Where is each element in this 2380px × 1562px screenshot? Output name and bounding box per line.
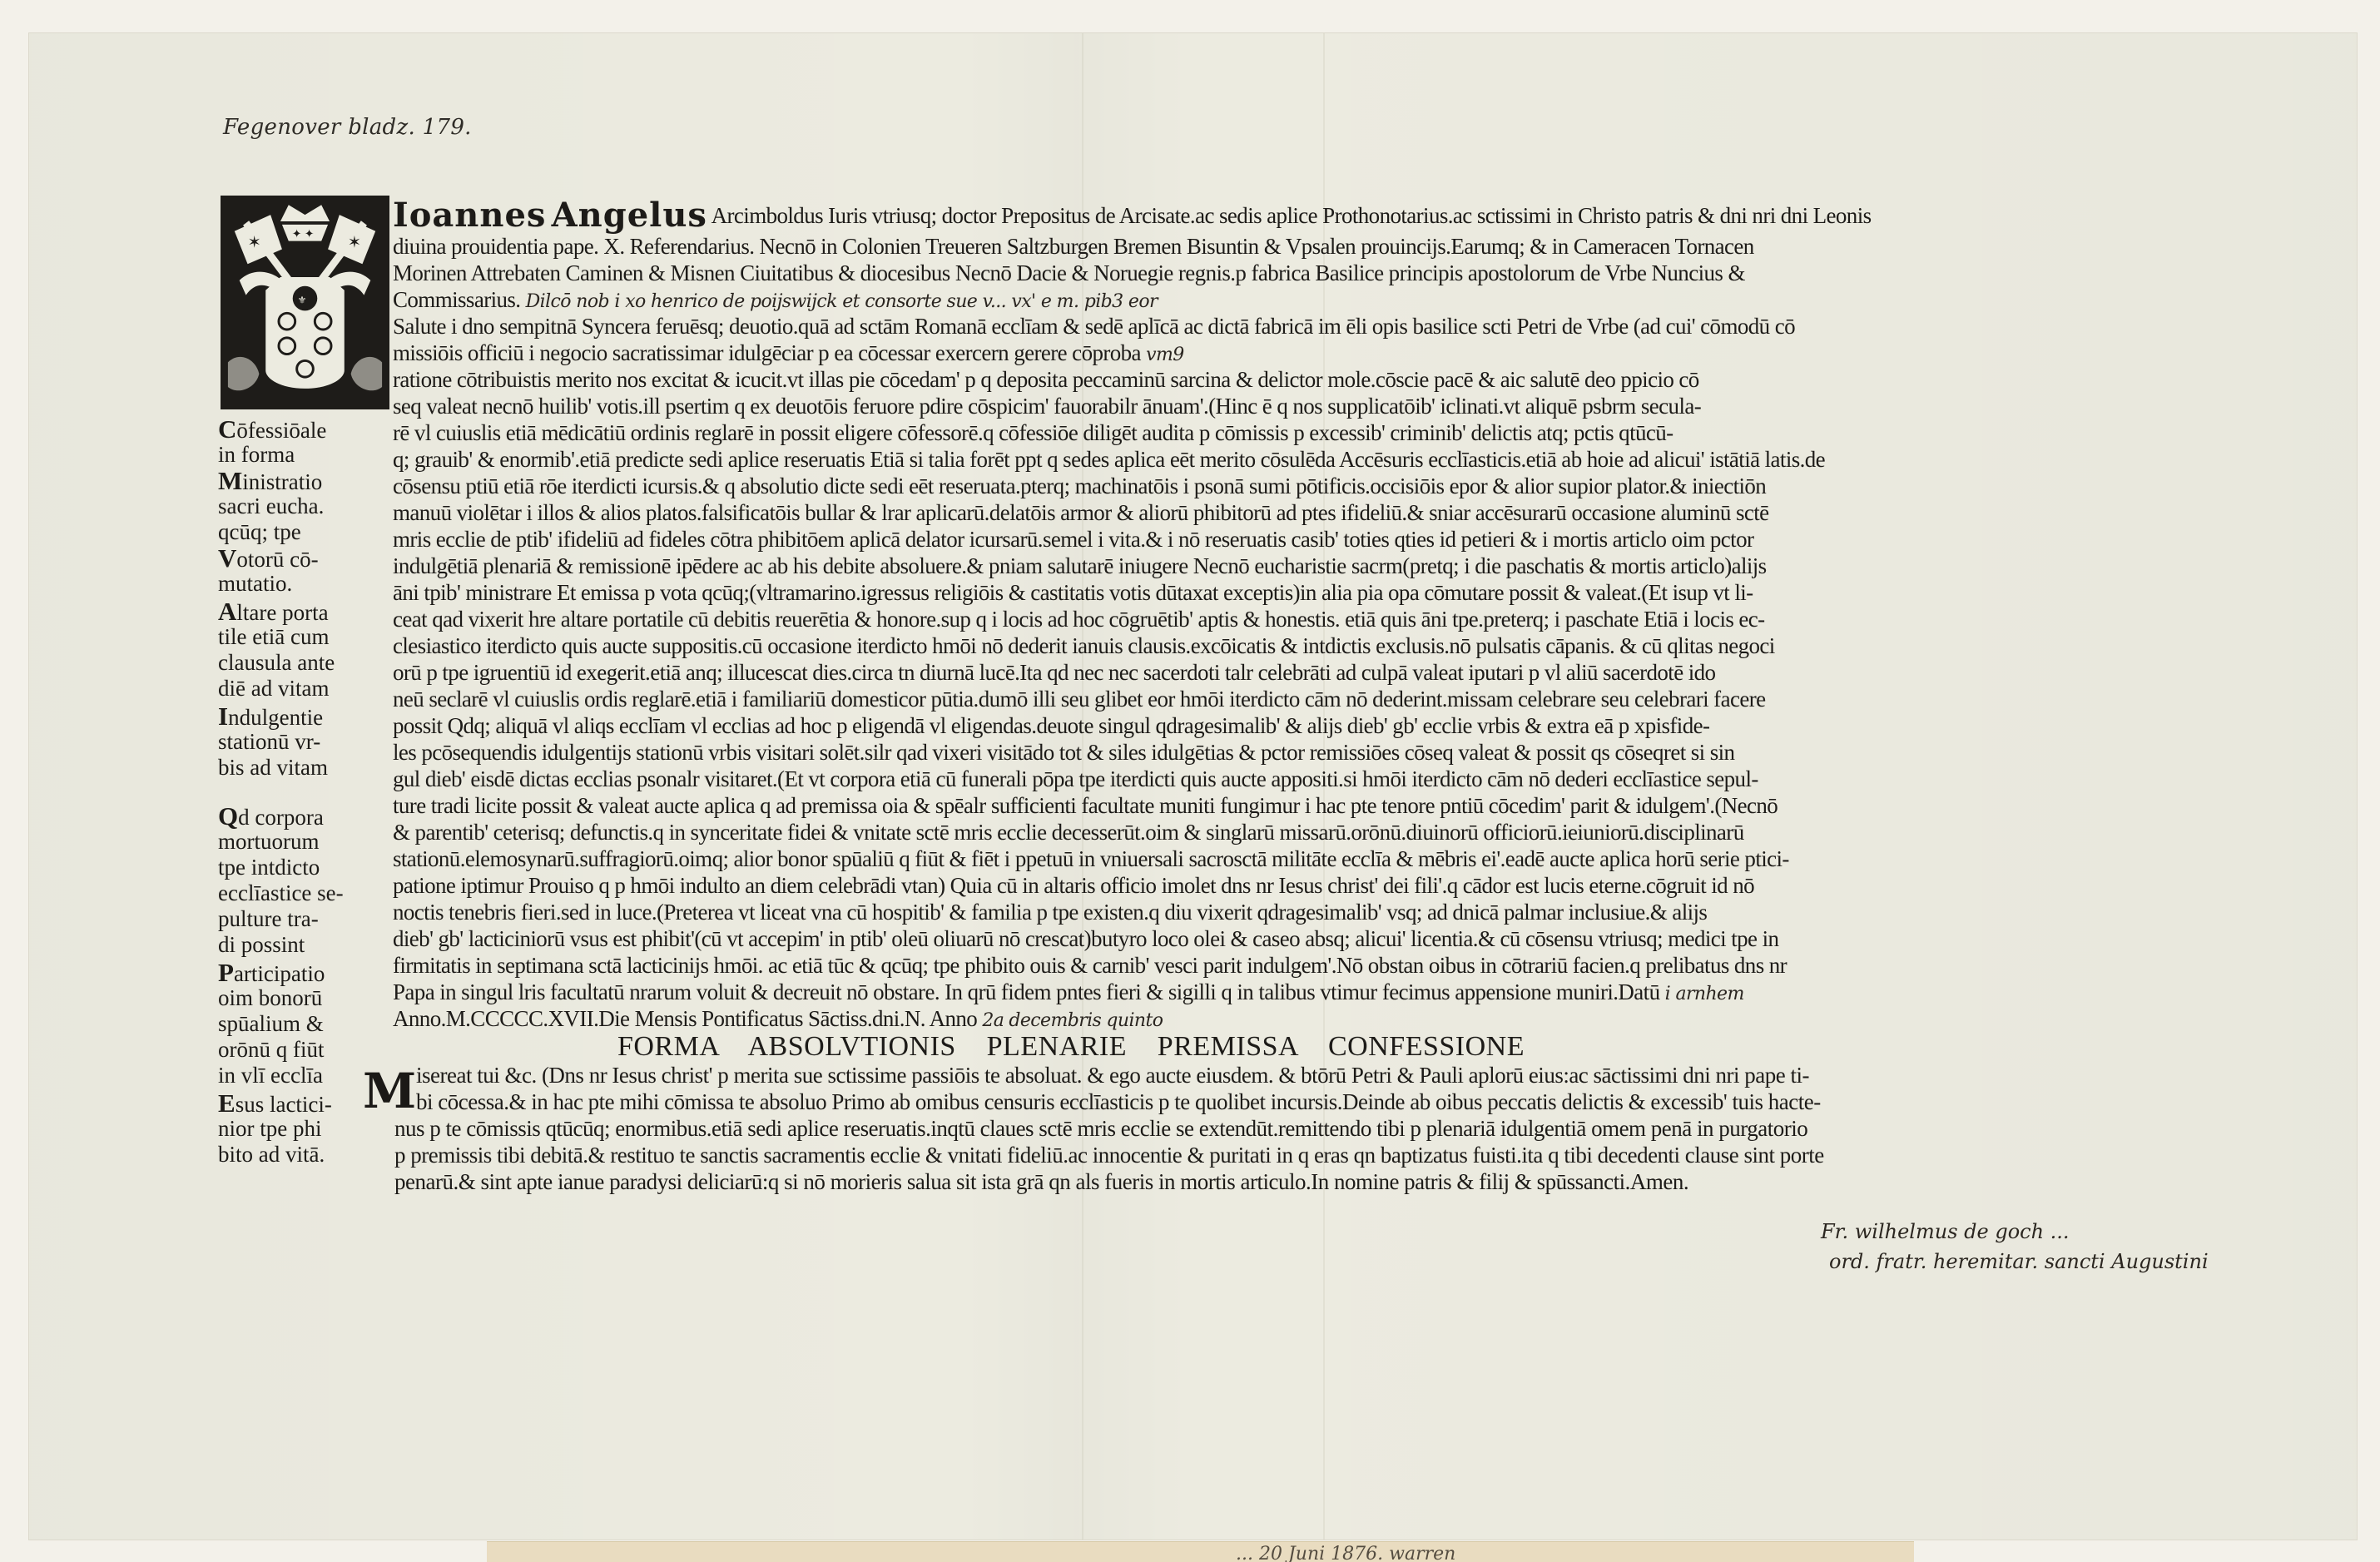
margin-note: mutatio. <box>218 571 391 597</box>
body-line-25: stationū.elemosynarū.suffragiorū.oimq; a… <box>393 845 2125 872</box>
body-line-31-date: Anno.M.CCCCC.XVII.Die Mensis Pontificatu… <box>393 1005 1366 1032</box>
body-line-30: Papa in singul lris facultatū nrarum vol… <box>393 979 1857 1005</box>
body-line-26: patione iptimur Prouiso q p hmōi indulto… <box>393 872 2125 899</box>
mount-strip-handwriting: ... 20 Juni 1876. warren <box>1236 1544 1455 1562</box>
margin-note: ecclīastice se- <box>218 880 391 906</box>
body-line-13: mris ecclie de ptib' ifideliū ad fideles… <box>393 526 2125 553</box>
margin-note: Ministratio <box>218 468 391 495</box>
margin-note: Cōfessiōale <box>218 416 391 444</box>
margin-note: Qd corpora <box>218 803 391 831</box>
body-line-22: gul dieb' eisdē dictas ecclias psonalr v… <box>393 766 2125 792</box>
body-line-7: ratione cōtribuistis merito nos excitat … <box>393 366 2125 393</box>
margin-note: tpe intdicto <box>218 855 391 880</box>
body-line-3: Morinen Attrebaten Caminen & Misnen Ciui… <box>393 260 2125 286</box>
decorated-initial-m: M <box>363 1067 416 1115</box>
margin-note: sacri eucha. <box>218 493 391 519</box>
handwritten-recipient: Dilcō nob i xo henrico de poijswijck et … <box>526 291 1158 312</box>
mount-strip: ... 20 Juni 1876. warren <box>487 1541 1914 1562</box>
body-text: missiōis officiū i negocio sacratissimar… <box>393 340 1141 365</box>
absolution-line: bi cōcessa.& in hac pte mihi cōmissa te … <box>416 1088 1964 1115</box>
title-name-ioannes: Ioannes <box>393 196 546 235</box>
body-line-12: manuū violētar i illos & alios platos.fa… <box>393 499 2125 526</box>
margin-note: spūalium & <box>218 1011 391 1037</box>
handwritten-pontificate-year: quinto <box>1106 1010 1163 1031</box>
svg-text:✶: ✶ <box>248 234 262 252</box>
margin-note: diē ad vitam <box>218 676 391 702</box>
body-line-6: missiōis officiū i negocio sacratissimar… <box>393 340 2125 366</box>
margin-note: Altare porta <box>218 598 391 626</box>
margin-note: orōnū q fiūt <box>218 1037 391 1063</box>
body-line-5: Salute i dno sempitnā Syncera feruēsq; d… <box>393 313 2125 340</box>
signature-line-1: Fr. wilhelmus de goch ... <box>1821 1220 2070 1243</box>
body-line-11: cōsensu ptiū etiā rōe iterdicti icursis.… <box>393 473 2125 499</box>
margin-note: qcūq; tpe <box>218 519 391 545</box>
body-line-14: indulgētiā plenariā & remissionē ipēdere… <box>393 553 2125 579</box>
svg-text:✦ ✦: ✦ ✦ <box>292 228 315 240</box>
title-name-angelus: Angelus <box>552 196 707 235</box>
body-text: Papa in singul lris facultatū nrarum vol… <box>393 979 1659 1004</box>
body-line-20: possit Qdq; aliquā vl aliqs ecclīam vl e… <box>393 712 2125 739</box>
absolution-line: p premissis tibi debitā.& restituo te sa… <box>394 1142 1964 1168</box>
handwritten-place: i arnhem <box>1665 984 1744 1004</box>
margin-note: in forma <box>218 442 391 468</box>
handwritten-insert: vm9 <box>1146 345 1184 365</box>
svg-text:⚜: ⚜ <box>298 294 307 305</box>
absolution-line: nus p te cōmissis qtūcūq; enormibus.etiā… <box>394 1115 1964 1142</box>
body-line-29: firmitatis in septimana sctā lacticinijs… <box>393 952 2125 979</box>
body-line-18: orū p tpe igruentiū id exegerit.etiā anq… <box>393 659 2125 686</box>
body-line-2: diuina prouidentia pape. X. Referendariu… <box>393 233 2125 260</box>
body-text: Anno.M.CCCCC.XVII.Die Mensis Pontificatu… <box>393 1006 977 1031</box>
body-line-28: dieb' gb' lacticiniorū vsus est phibit'(… <box>393 925 2125 952</box>
margin-note: mortuorum <box>218 829 391 855</box>
margin-note: oim bonorū <box>218 985 391 1011</box>
margin-note: di possint <box>218 932 391 958</box>
body-line-8: seq valeat necnō huilib' votis.ill psert… <box>393 393 2125 419</box>
body-line-24: & parentib' ceterisq; defunctis.q in syn… <box>393 819 2125 845</box>
margin-note: bis ad vitam <box>218 755 391 781</box>
body-line-9: rē vl cuiuslis etiā mēdicātiū ordinis re… <box>393 419 2125 446</box>
absolution-line: penarū.& sint apte ianue paradysi delici… <box>394 1168 1964 1195</box>
margin-note: Indulgentie <box>218 703 391 731</box>
body-line-10: q; grauib' & enormib'.etiā predicte sedi… <box>393 446 2125 473</box>
body-line-27: noctis tenebris fieri.sed in luce.(Prete… <box>393 899 2125 925</box>
body-text: Arcimboldus Iuris vtriusq; doctor Prepos… <box>712 203 1872 228</box>
body-text: Commissarius. <box>393 287 520 312</box>
signature-line-2: ord. fratr. heremitar. sancti Augustini <box>1821 1247 2209 1277</box>
handwritten-month: decembris <box>1009 1010 1101 1031</box>
body-line-17: clesiastico iterdicto quis aucte supposi… <box>393 632 2125 659</box>
body-line-15: āni tpib' ministrare Et emissa p vota qc… <box>393 579 2125 606</box>
margin-note: tile etiā cum <box>218 624 391 650</box>
body-line-4: Commissarius. Dilcō nob i xo henrico de … <box>393 286 2125 313</box>
handwritten-signature: Fr. wilhelmus de goch ... ord. fratr. he… <box>1821 1217 2209 1277</box>
margin-note: clausula ante <box>218 650 391 676</box>
handwritten-day: 2a <box>982 1010 1004 1031</box>
section-heading: FORMA ABSOLVTIONIS PLENARIE PREMISSA CON… <box>617 1032 1525 1062</box>
body-line-21: les pcōsequendis idulgentijs stationū vr… <box>393 739 2125 766</box>
medici-papal-arms-icon: ✶ ✶ ✦ ✦ ⚜ <box>221 196 389 409</box>
margin-note: Participatio <box>218 960 391 987</box>
body-line-1: Ioannes Angelus Arcimboldus Iuris vtrius… <box>393 198 2125 231</box>
margin-note: pulture tra- <box>218 906 391 932</box>
body-line-16: ceat qad vixerit hre altare portatile cū… <box>393 606 2125 632</box>
body-line-19: neū seclarē vl cuiuslis ordis reglarē.et… <box>393 686 2125 712</box>
margin-note: stationū vr- <box>218 729 391 755</box>
svg-text:✶: ✶ <box>348 234 362 252</box>
absolution-line: isereat tui &c. (Dns nr Iesus christ' p … <box>416 1062 1964 1088</box>
margin-note: bito ad vitā. <box>218 1142 391 1168</box>
page-reference-annotation: Fegenover bladz. 179. <box>223 115 472 140</box>
body-line-23: ture tradi licite possit & valeat aucte … <box>393 792 2125 819</box>
margin-note: Votorū cō- <box>218 545 391 573</box>
margin-note: nior tpe phi <box>218 1116 391 1142</box>
